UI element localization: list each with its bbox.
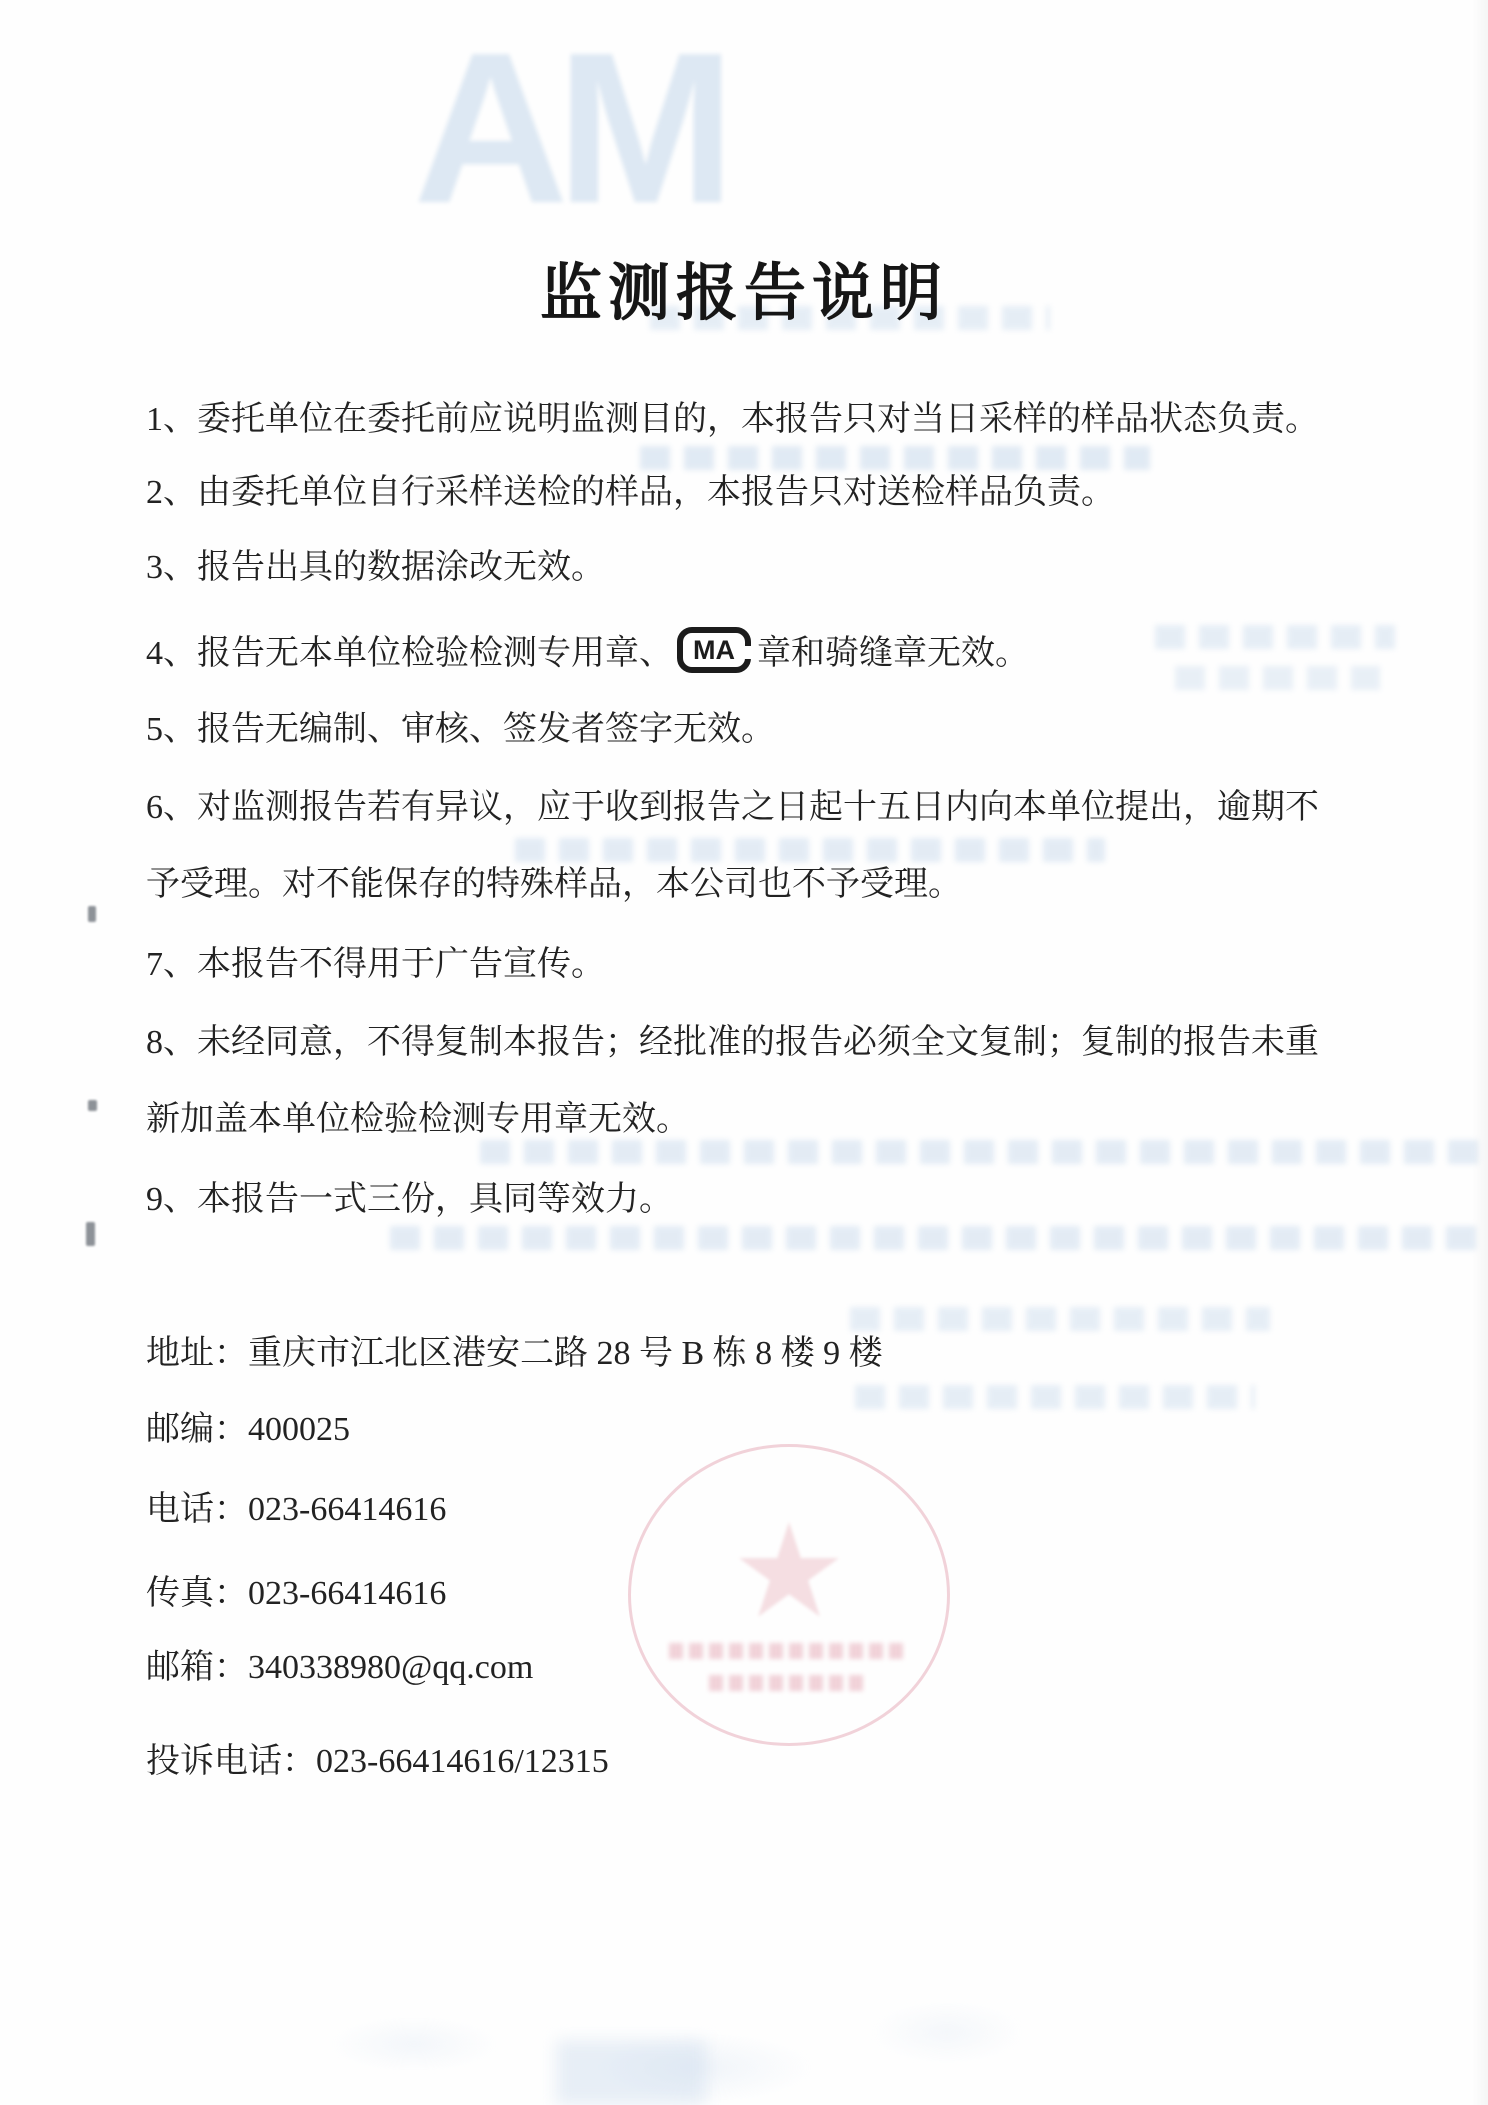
bleedthrough-text-row <box>640 446 1150 470</box>
fax-value: 023-66414616 <box>248 1575 446 1612</box>
email-label: 邮箱： <box>146 1649 248 1686</box>
phone-label: 电话： <box>146 1491 248 1528</box>
bleedthrough-text-row <box>850 1307 1270 1331</box>
contact-zip-line: 邮编：400025 <box>146 1410 350 1450</box>
zip-label: 邮编： <box>146 1411 248 1448</box>
contact-email-line: 邮箱：340338980@qq.com <box>146 1648 533 1688</box>
fax-label: 传真： <box>146 1575 248 1612</box>
complaint-phone-label: 投诉电话： <box>146 1743 316 1780</box>
zip-value: 400025 <box>248 1411 350 1448</box>
notice-item-4-text-after: 章和骑缝章无效。 <box>757 635 1029 672</box>
notice-item-4-text-before: 4、报告无本单位检验检测专用章、 <box>146 635 673 672</box>
notice-item-6-line-2: 予受理。对不能保存的特殊样品，本公司也不予受理。 <box>146 865 962 905</box>
cma-certification-mark-icon: MA <box>677 627 751 673</box>
seal-text-row <box>709 1675 867 1691</box>
address-label: 地址： <box>146 1335 248 1372</box>
scan-haze <box>250 1985 1070 2103</box>
notice-item-3: 3、报告出具的数据涂改无效。 <box>146 548 605 588</box>
scan-artifact <box>88 906 96 922</box>
complaint-phone-value: 023-66414616/12315 <box>316 1743 609 1780</box>
notice-item-4: 4、报告无本单位检验检测专用章、MA章和骑缝章无效。 <box>146 627 1029 674</box>
notice-item-8-line-2: 新加盖本单位检验检测专用章无效。 <box>146 1100 690 1140</box>
bleedthrough-text-row <box>480 1140 1480 1164</box>
bleedthrough-logo-watermark: MA <box>425 4 735 252</box>
star-icon: ★ <box>731 1506 848 1636</box>
notice-item-2: 2、由委托单位自行采样送检的样品，本报告只对送检样品负责。 <box>146 473 1115 513</box>
red-seal-stamp: ★ <box>628 1444 950 1746</box>
bleedthrough-text-row <box>855 1385 1255 1409</box>
address-value: 重庆市江北区港安二路 28 号 B 栋 8 楼 9 楼 <box>248 1335 883 1372</box>
notice-item-1: 1、委托单位在委托前应说明监测目的，本报告只对当日采样的样品状态负责。 <box>146 400 1319 440</box>
bleedthrough-text-row <box>1175 666 1380 690</box>
contact-fax-line: 传真：023-66414616 <box>146 1574 446 1614</box>
notice-item-8-line-1: 8、未经同意，不得复制本报告；经批准的报告必须全文复制；复制的报告未重 <box>146 1023 1319 1063</box>
email-value: 340338980@qq.com <box>248 1649 533 1686</box>
bleedthrough-text-row <box>390 1226 1480 1250</box>
bleedthrough-text-row <box>1155 625 1395 649</box>
notice-item-5: 5、报告无编制、审核、签发者签字无效。 <box>146 710 775 750</box>
scan-artifact <box>88 1100 97 1111</box>
contact-address-line: 地址：重庆市江北区港安二路 28 号 B 栋 8 楼 9 楼 <box>146 1334 883 1374</box>
scanned-report-notice-page: MA 监测报告说明 1、委托单位在委托前应说明监测目的，本报告只对当日采样的样品… <box>0 0 1488 2105</box>
contact-phone-line: 电话：023-66414616 <box>146 1490 446 1530</box>
notice-item-9: 9、本报告一式三份，具同等效力。 <box>146 1180 673 1220</box>
contact-complaint-phone-line: 投诉电话：023-66414616/12315 <box>146 1742 609 1782</box>
cma-mark-letters: MA <box>683 633 745 667</box>
page-title: 监测报告说明 <box>0 243 1488 332</box>
bleedthrough-text-row <box>515 838 1105 862</box>
seal-text-row <box>669 1643 905 1659</box>
notice-item-6-line-1: 6、对监测报告若有异议，应于收到报告之日起十五日内向本单位提出，逾期不 <box>146 788 1319 828</box>
scan-haze-strip <box>556 2040 706 2105</box>
scan-artifact <box>86 1222 95 1246</box>
phone-value: 023-66414616 <box>248 1491 446 1528</box>
notice-item-7: 7、本报告不得用于广告宣传。 <box>146 945 605 985</box>
